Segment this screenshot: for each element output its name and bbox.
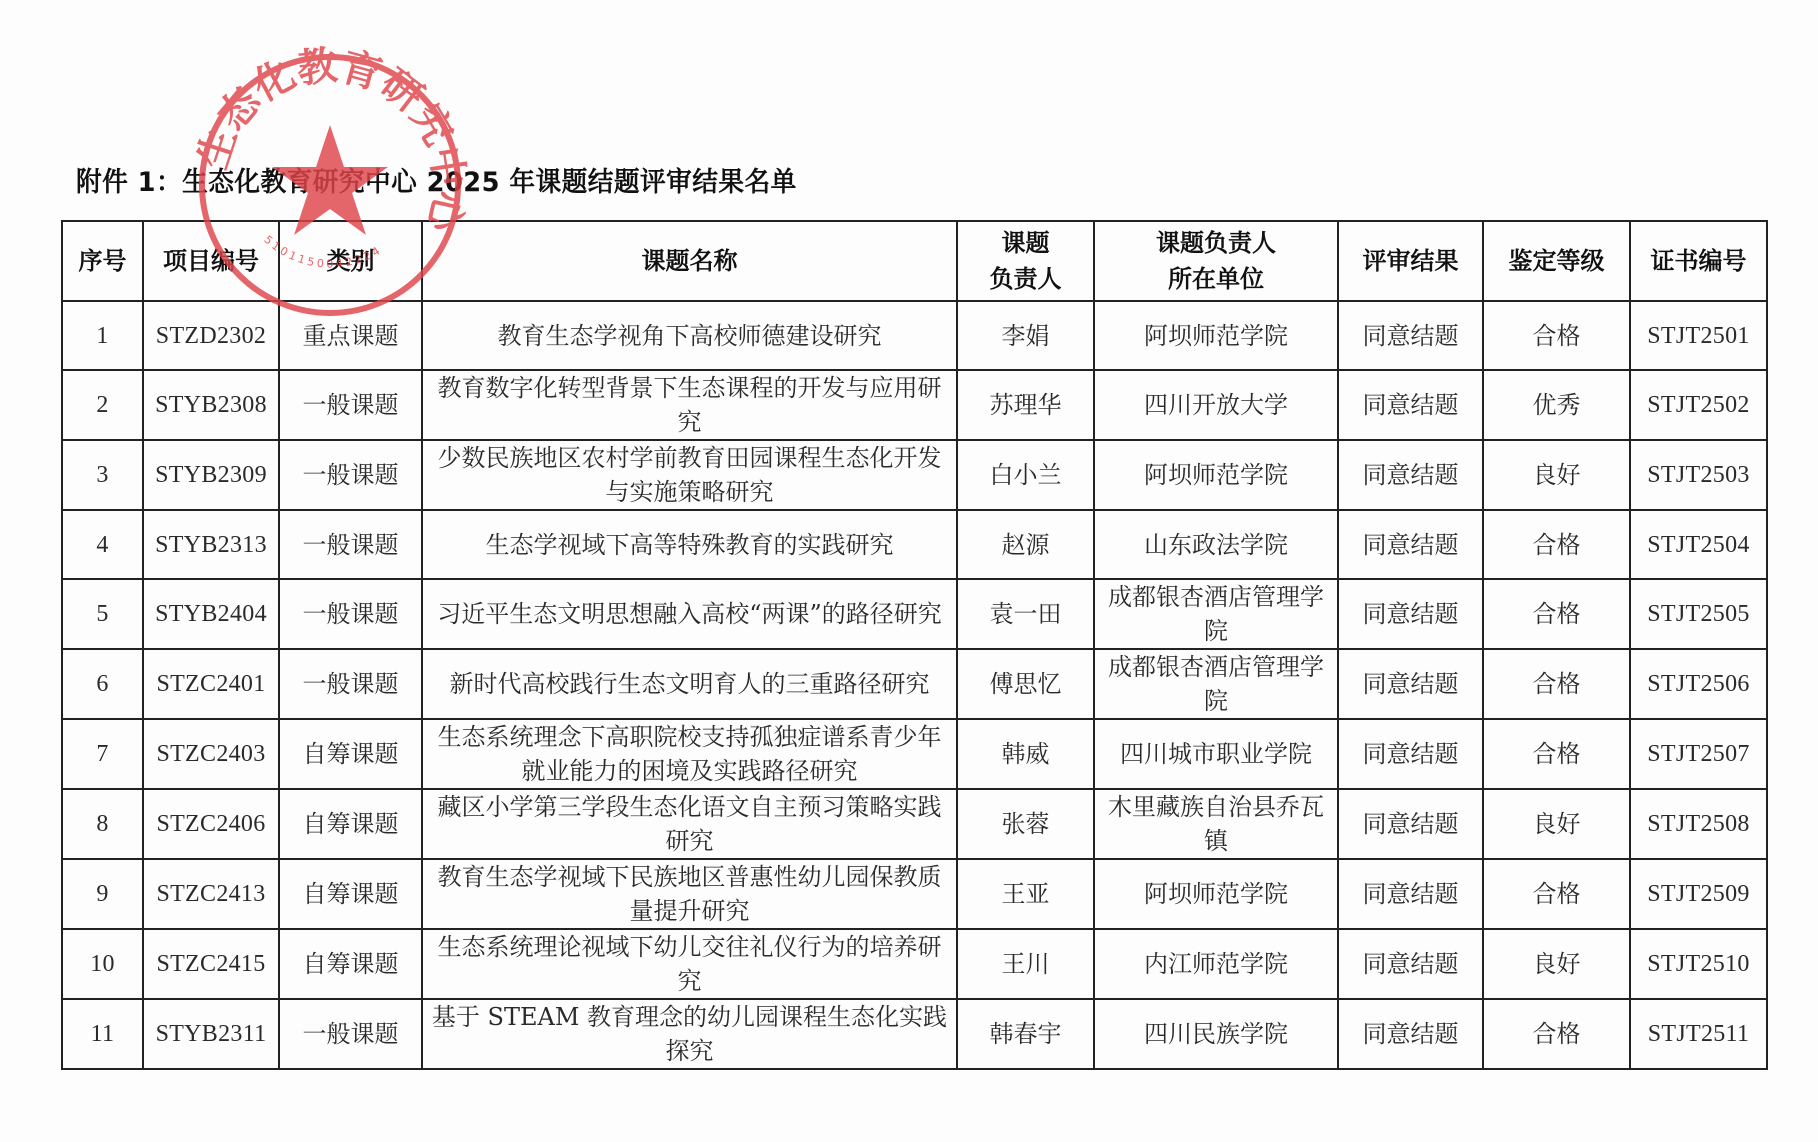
table-body: 1 STZD2302 重点课题 教育生态学视角下高校师德建设研究 李娟 阿坝师范…	[62, 301, 1767, 1069]
cell-project-code: STZC2403	[143, 719, 279, 789]
cell-seq: 7	[62, 719, 143, 789]
cell-seq: 6	[62, 649, 143, 719]
cell-result: 同意结题	[1338, 999, 1483, 1069]
cell-cert-number: STJT2504	[1630, 510, 1767, 579]
cell-leader: 袁一田	[957, 579, 1094, 649]
cell-grade: 合格	[1483, 579, 1630, 649]
cell-title: 生态系统理论视域下幼儿交往礼仪行为的培养研究	[422, 929, 957, 999]
cell-unit: 成都银杏酒店管理学院	[1094, 649, 1338, 719]
cell-category: 一般课题	[279, 649, 422, 719]
table-row: 1 STZD2302 重点课题 教育生态学视角下高校师德建设研究 李娟 阿坝师范…	[62, 301, 1767, 370]
cell-grade: 良好	[1483, 440, 1630, 510]
cell-result: 同意结题	[1338, 370, 1483, 440]
table-row: 10 STZC2415 自筹课题 生态系统理论视域下幼儿交往礼仪行为的培养研究 …	[62, 929, 1767, 999]
header-leader: 课题 负责人	[957, 221, 1094, 301]
svg-text:生态化教育研究中心: 生态化教育研究中心	[190, 45, 470, 238]
header-leader-line1: 课题	[962, 225, 1089, 261]
cell-seq: 11	[62, 999, 143, 1069]
cell-seq: 10	[62, 929, 143, 999]
cell-category: 一般课题	[279, 579, 422, 649]
results-table: 序号 项目编号 类别 课题名称 课题 负责人 课题负责人 所在单位 评审结果 鉴…	[61, 220, 1768, 1070]
cell-project-code: STZD2302	[143, 301, 279, 370]
cell-category: 自筹课题	[279, 789, 422, 859]
cell-leader: 苏理华	[957, 370, 1094, 440]
cell-result: 同意结题	[1338, 649, 1483, 719]
cell-cert-number: STJT2505	[1630, 579, 1767, 649]
cell-grade: 合格	[1483, 719, 1630, 789]
header-seq: 序号	[62, 221, 143, 301]
cell-grade: 合格	[1483, 859, 1630, 929]
cell-project-code: STYB2311	[143, 999, 279, 1069]
table-row: 6 STZC2401 一般课题 新时代高校践行生态文明育人的三重路径研究 傅思忆…	[62, 649, 1767, 719]
cell-category: 一般课题	[279, 999, 422, 1069]
cell-leader: 白小兰	[957, 440, 1094, 510]
table-row: 9 STZC2413 自筹课题 教育生态学视域下民族地区普惠性幼儿园保教质量提升…	[62, 859, 1767, 929]
cell-result: 同意结题	[1338, 789, 1483, 859]
cell-category: 一般课题	[279, 510, 422, 579]
cell-leader: 李娟	[957, 301, 1094, 370]
cell-cert-number: STJT2508	[1630, 789, 1767, 859]
cell-grade: 合格	[1483, 510, 1630, 579]
cell-category: 一般课题	[279, 370, 422, 440]
cell-result: 同意结题	[1338, 719, 1483, 789]
cell-leader: 王亚	[957, 859, 1094, 929]
cell-project-code: STYB2404	[143, 579, 279, 649]
cell-grade: 良好	[1483, 789, 1630, 859]
cell-category: 重点课题	[279, 301, 422, 370]
cell-cert-number: STJT2510	[1630, 929, 1767, 999]
cell-grade: 合格	[1483, 301, 1630, 370]
cell-leader: 张蓉	[957, 789, 1094, 859]
cell-project-code: STYB2308	[143, 370, 279, 440]
cell-leader: 赵源	[957, 510, 1094, 579]
cell-leader: 傅思忆	[957, 649, 1094, 719]
cell-unit: 成都银杏酒店管理学院	[1094, 579, 1338, 649]
cell-title: 生态学视域下高等特殊教育的实践研究	[422, 510, 957, 579]
cell-unit: 内江师范学院	[1094, 929, 1338, 999]
cell-seq: 9	[62, 859, 143, 929]
cell-result: 同意结题	[1338, 929, 1483, 999]
header-unit: 课题负责人 所在单位	[1094, 221, 1338, 301]
cell-unit: 四川城市职业学院	[1094, 719, 1338, 789]
cell-seq: 1	[62, 301, 143, 370]
cell-unit: 山东政法学院	[1094, 510, 1338, 579]
cell-seq: 2	[62, 370, 143, 440]
table-row: 11 STYB2311 一般课题 基于 STEAM 教育理念的幼儿园课程生态化实…	[62, 999, 1767, 1069]
cell-seq: 5	[62, 579, 143, 649]
table-row: 4 STYB2313 一般课题 生态学视域下高等特殊教育的实践研究 赵源 山东政…	[62, 510, 1767, 579]
cell-result: 同意结题	[1338, 579, 1483, 649]
cell-project-code: STZC2415	[143, 929, 279, 999]
cell-leader: 韩威	[957, 719, 1094, 789]
cell-leader: 韩春宇	[957, 999, 1094, 1069]
header-title: 课题名称	[422, 221, 957, 301]
header-leader-line2: 负责人	[962, 261, 1089, 297]
cell-title: 基于 STEAM 教育理念的幼儿园课程生态化实践探究	[422, 999, 957, 1069]
cell-project-code: STZC2406	[143, 789, 279, 859]
cell-seq: 4	[62, 510, 143, 579]
document-title: 附件 1：生态化教育研究中心 2025 年课题结题评审结果名单	[76, 160, 797, 199]
cell-result: 同意结题	[1338, 440, 1483, 510]
cell-title: 教育数字化转型背景下生态课程的开发与应用研究	[422, 370, 957, 440]
header-grade: 鉴定等级	[1483, 221, 1630, 301]
table-row: 8 STZC2406 自筹课题 藏区小学第三学段生态化语文自主预习策略实践研究 …	[62, 789, 1767, 859]
cell-unit: 阿坝师范学院	[1094, 301, 1338, 370]
cell-cert-number: STJT2511	[1630, 999, 1767, 1069]
cell-cert-number: STJT2501	[1630, 301, 1767, 370]
cell-project-code: STYB2313	[143, 510, 279, 579]
cell-cert-number: STJT2509	[1630, 859, 1767, 929]
cell-grade: 优秀	[1483, 370, 1630, 440]
cell-category: 自筹课题	[279, 719, 422, 789]
cell-cert-number: STJT2507	[1630, 719, 1767, 789]
header-category: 类别	[279, 221, 422, 301]
table-row: 7 STZC2403 自筹课题 生态系统理念下高职院校支持孤独症谱系青少年就业能…	[62, 719, 1767, 789]
cell-project-code: STZC2413	[143, 859, 279, 929]
cell-result: 同意结题	[1338, 859, 1483, 929]
header-cert: 证书编号	[1630, 221, 1767, 301]
cell-grade: 合格	[1483, 999, 1630, 1069]
cell-title: 藏区小学第三学段生态化语文自主预习策略实践研究	[422, 789, 957, 859]
cell-seq: 8	[62, 789, 143, 859]
cell-leader: 王川	[957, 929, 1094, 999]
cell-title: 习近平生态文明思想融入高校“两课”的路径研究	[422, 579, 957, 649]
cell-cert-number: STJT2506	[1630, 649, 1767, 719]
cell-project-code: STYB2309	[143, 440, 279, 510]
cell-category: 自筹课题	[279, 929, 422, 999]
cell-seq: 3	[62, 440, 143, 510]
cell-unit: 阿坝师范学院	[1094, 859, 1338, 929]
cell-cert-number: STJT2503	[1630, 440, 1767, 510]
header-code: 项目编号	[143, 221, 279, 301]
cell-result: 同意结题	[1338, 301, 1483, 370]
cell-unit: 木里藏族自治县乔瓦镇	[1094, 789, 1338, 859]
cell-title: 新时代高校践行生态文明育人的三重路径研究	[422, 649, 957, 719]
header-result: 评审结果	[1338, 221, 1483, 301]
cell-project-code: STZC2401	[143, 649, 279, 719]
header-unit-line2: 所在单位	[1099, 261, 1333, 297]
cell-unit: 四川开放大学	[1094, 370, 1338, 440]
table-header: 序号 项目编号 类别 课题名称 课题 负责人 课题负责人 所在单位 评审结果 鉴…	[62, 221, 1767, 301]
cell-title: 教育生态学视域下民族地区普惠性幼儿园保教质量提升研究	[422, 859, 957, 929]
cell-title: 少数民族地区农村学前教育田园课程生态化开发与实施策略研究	[422, 440, 957, 510]
cell-result: 同意结题	[1338, 510, 1483, 579]
cell-title: 教育生态学视角下高校师德建设研究	[422, 301, 957, 370]
cell-category: 一般课题	[279, 440, 422, 510]
table-row: 2 STYB2308 一般课题 教育数字化转型背景下生态课程的开发与应用研究 苏…	[62, 370, 1767, 440]
cell-unit: 阿坝师范学院	[1094, 440, 1338, 510]
stamp-ring-text: 生态化教育研究中心	[190, 45, 470, 238]
cell-title: 生态系统理念下高职院校支持孤独症谱系青少年就业能力的困境及实践路径研究	[422, 719, 957, 789]
table-row: 5 STYB2404 一般课题 习近平生态文明思想融入高校“两课”的路径研究 袁…	[62, 579, 1767, 649]
cell-unit: 四川民族学院	[1094, 999, 1338, 1069]
table-row: 3 STYB2309 一般课题 少数民族地区农村学前教育田园课程生态化开发与实施…	[62, 440, 1767, 510]
header-row: 序号 项目编号 类别 课题名称 课题 负责人 课题负责人 所在单位 评审结果 鉴…	[62, 221, 1767, 301]
cell-grade: 合格	[1483, 649, 1630, 719]
header-unit-line1: 课题负责人	[1099, 225, 1333, 261]
cell-grade: 良好	[1483, 929, 1630, 999]
cell-cert-number: STJT2502	[1630, 370, 1767, 440]
cell-category: 自筹课题	[279, 859, 422, 929]
